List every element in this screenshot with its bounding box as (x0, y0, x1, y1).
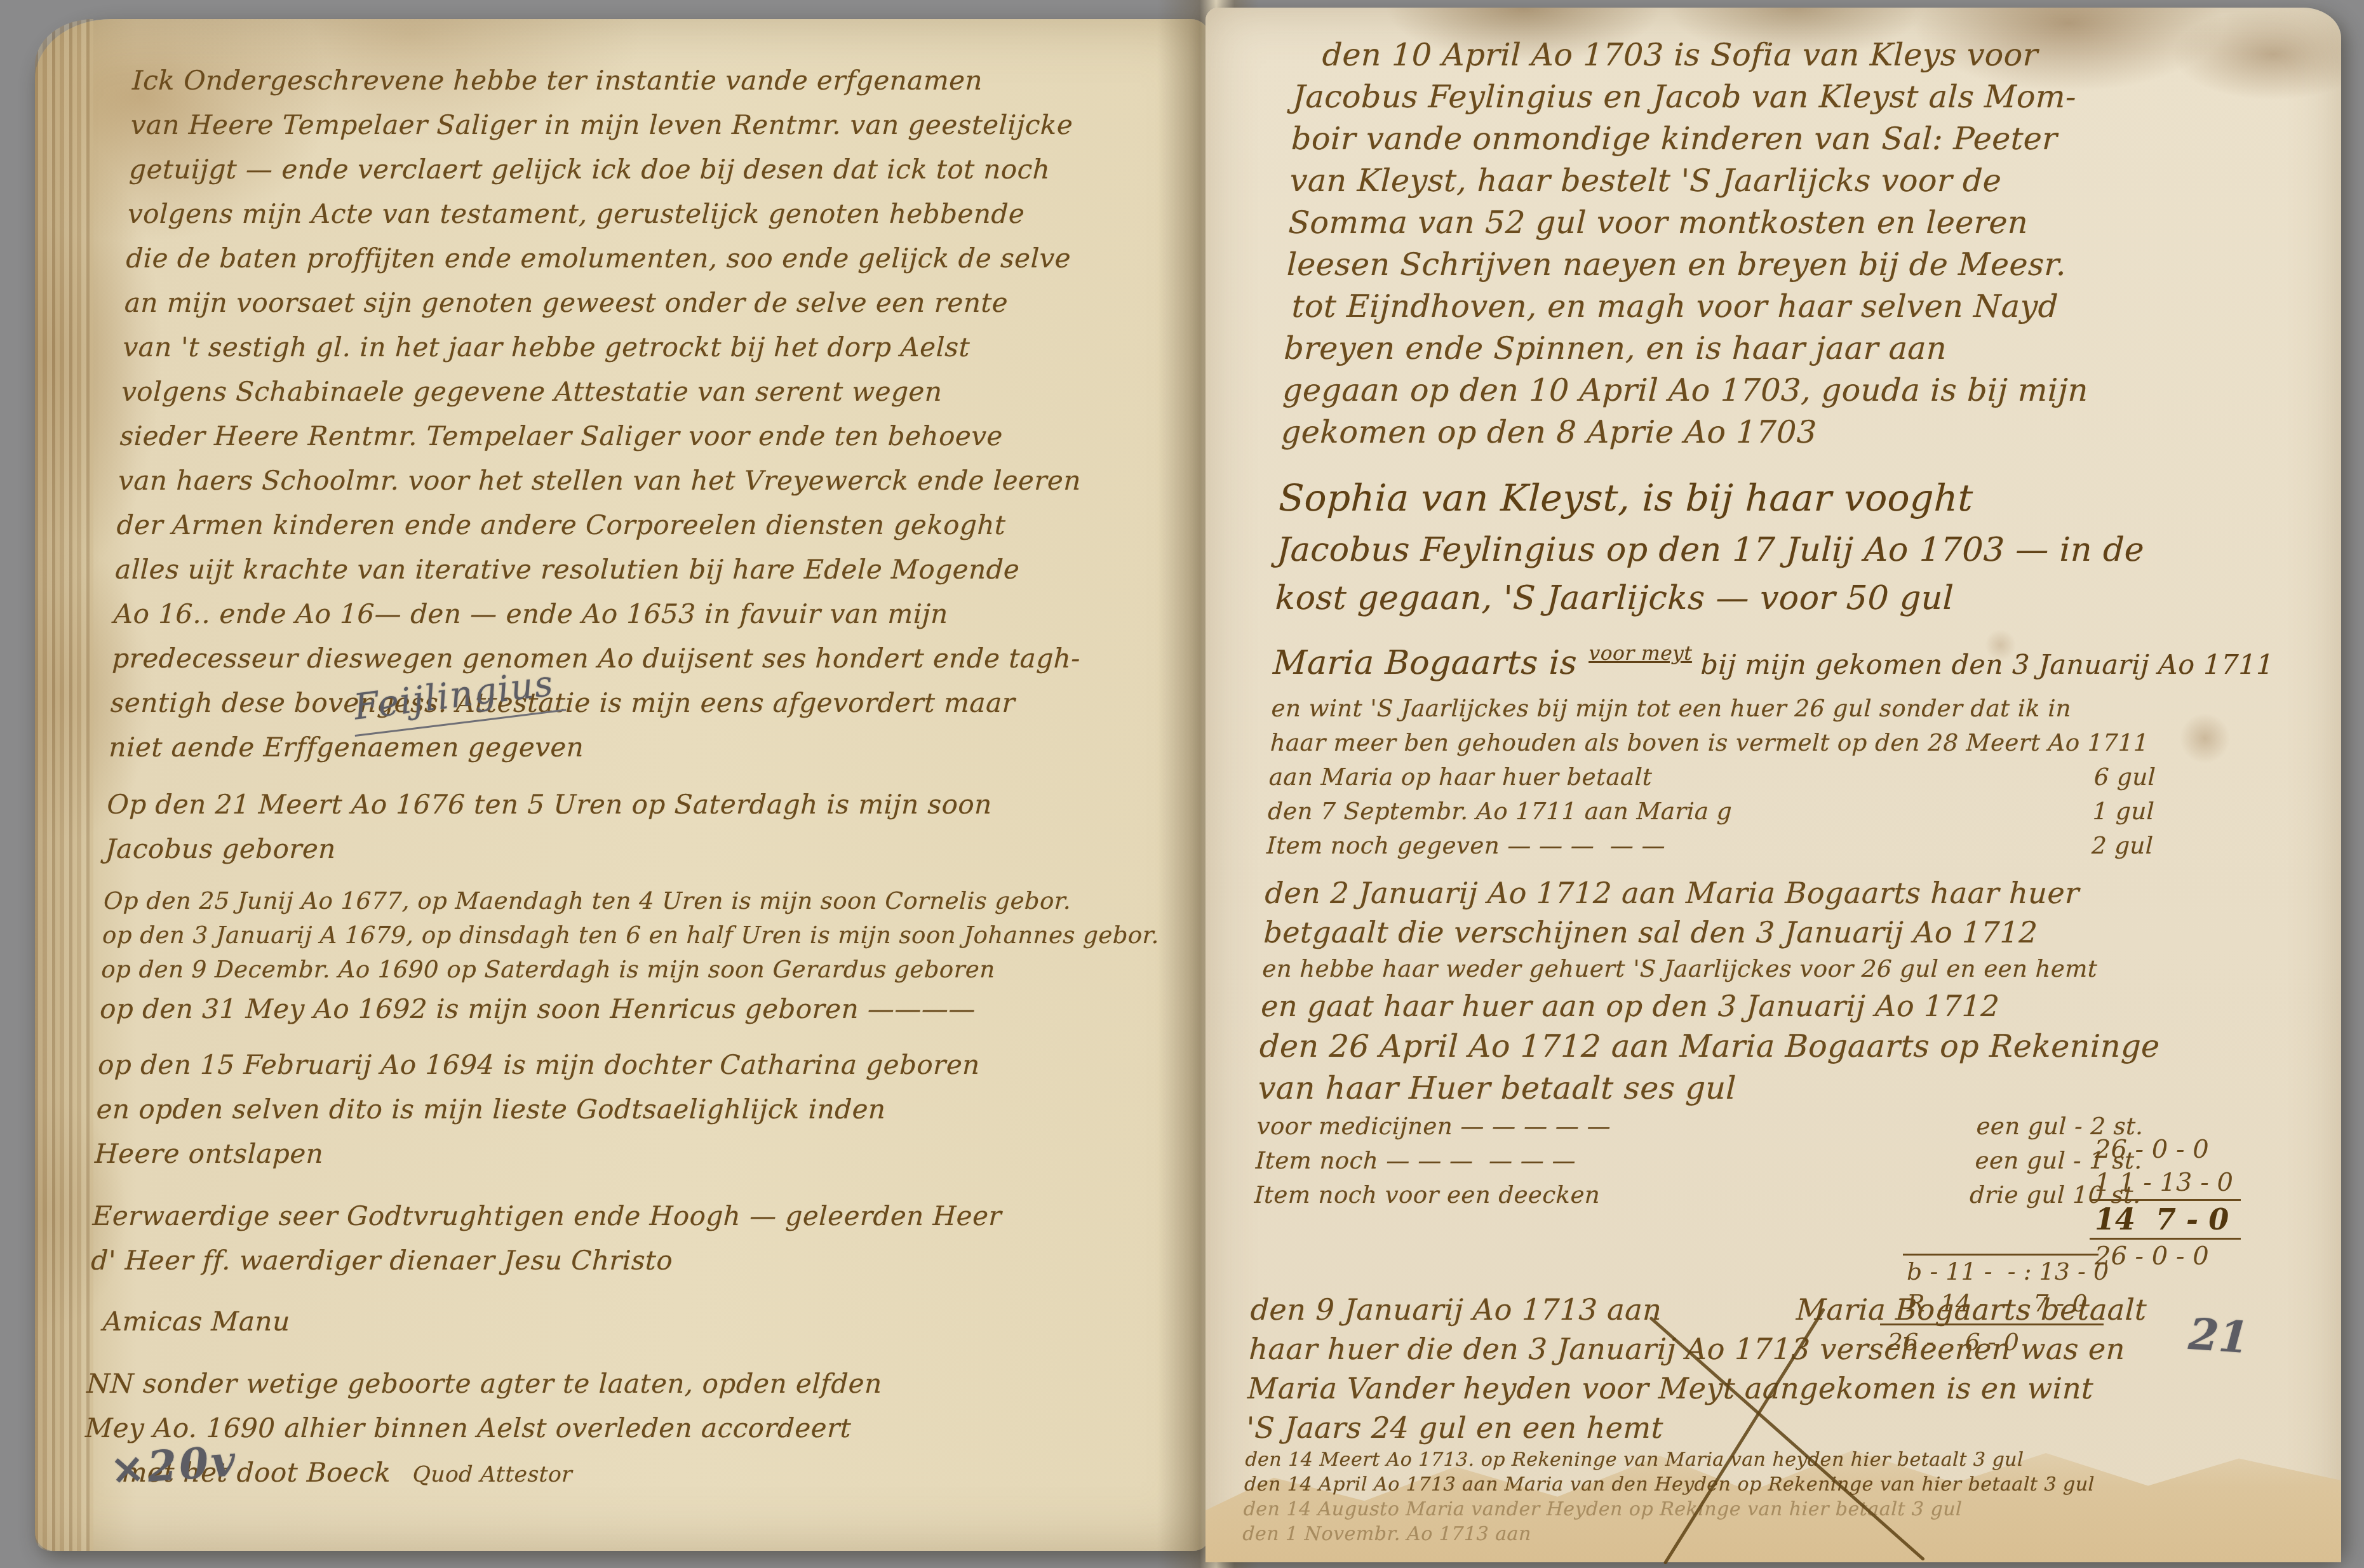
manuscript-line: Jacobus Feylingius op den 17 Julij Ao 17… (1276, 526, 2309, 574)
line-amount: 2 gul (2091, 829, 2154, 863)
manuscript-line: Jacobus Feylingius en Jacob van Kleyst a… (1292, 76, 2325, 118)
line-text: gegaan op den 10 April Ao 1703, gouda is… (1282, 370, 2089, 412)
crossed-out-total: 26 - 6 - 0 (1880, 1323, 2104, 1358)
line-text: den 14 Meert Ao 1713. op Rekeninge van M… (1245, 1447, 2024, 1472)
pencil-note-folio-20v: ×20v (109, 1436, 239, 1494)
manuscript-line: Amicas Manu (88, 1299, 1154, 1344)
manuscript-line: Mey Ao. 1690 alhier binnen Aelst overled… (84, 1406, 1150, 1451)
line-text: 'S Jaars 24 gul en een hemt (1246, 1408, 1664, 1447)
line-text: Sophia van Kleyst, is bij haar vooght (1278, 470, 1974, 526)
line-text: van haers Schoolmr. voor het stellen van… (118, 459, 1082, 503)
manuscript-line: Jacobus geboren (105, 827, 1171, 871)
line-text: Somma van 52 gul voor montkosten en leer… (1287, 202, 2029, 244)
manuscript-line: op den 3 Januarij A 1679, op dinsdagh te… (102, 918, 1167, 953)
account-sum-mid-column: b - 11 - - : 13 - 0R 14 - - 7 - 0 (1903, 1254, 2099, 1319)
manuscript-line: van 't sestigh gl. in het jaar hebbe get… (122, 325, 1188, 370)
line-text: Maria Vander heyden voor Meyt aangekomen… (1247, 1369, 2094, 1408)
line-text: den 2 Januarij Ao 1712 aan Maria Bogaart… (1265, 873, 2080, 913)
manuscript-line: op den 31 Mey Ao 1692 is mijn soon Henri… (99, 987, 1165, 1031)
line-text: van Heere Tempelaer Saliger in mijn leve… (130, 103, 1074, 147)
manuscript-line: aan Maria op haar huer betaalt 6 gul (1268, 760, 2301, 794)
line-amount: 6 gul (2093, 760, 2156, 794)
account-sum-right-column: 26 - 0 - 01 1 - 13 - 014 7 - 026 - 0 - 0 (2090, 1133, 2241, 1273)
line-text: den 7 Septembr. Ao 1711 aan Maria g (1267, 794, 1733, 829)
manuscript-line: en hebbe haar weder gehuert 'S Jaarlijck… (1261, 952, 2294, 986)
manuscript-line: den 1 Novembr. Ao 1713 aan (1242, 1522, 2274, 1546)
manuscript-line: volgens Schabinaele gegevene Attestatie … (121, 370, 1186, 414)
line-text: op den 15 Februarij Ao 1694 is mijn doch… (97, 1043, 981, 1087)
manuscript-line: gegaan op den 10 April Ao 1703, gouda is… (1282, 370, 2314, 412)
left-page: Ick Ondergeschrevene hebbe ter instantie… (35, 19, 1210, 1551)
manuscript-line: en gaat haar huer aan op den 3 Januarij … (1260, 986, 2293, 1026)
line-text-continued: Quod Attestor (390, 1452, 573, 1497)
manuscript-line: getuijgt — ende verclaert gelijck ick do… (128, 147, 1194, 192)
manuscript-line: den 14 Augusto Maria vander Heyden op Re… (1243, 1497, 2275, 1522)
interline-note: voor meyt (1588, 629, 1693, 678)
line-text: Eerwaerdige seer Godtvrughtigen ende Hoo… (92, 1194, 1003, 1238)
manuscript-line: sieder Heere Rentmr. Tempelaer Saliger v… (119, 414, 1185, 459)
line-text: breyen ende Spinnen, en is haar jaar aan (1283, 328, 1947, 370)
line-text: en hebbe haar weder gehuert 'S Jaarlijck… (1261, 952, 2098, 986)
line-text: op den 3 Januarij A 1679, op dinsdagh te… (102, 918, 1160, 953)
manuscript-line: op den 15 Februarij Ao 1694 is mijn doch… (97, 1043, 1163, 1087)
sum-row: 26 - 0 - 0 (2090, 1133, 2241, 1166)
line-text: aan Maria op haar huer betaalt (1268, 760, 1653, 794)
sum-row: 26 - 0 - 0 (2090, 1240, 2241, 1273)
line-text: Jacobus geboren (105, 827, 337, 871)
line-text: haar meer ben gehouden als boven is verm… (1270, 726, 2149, 760)
line-text: niet aende Erffgenaemen gegeven (108, 725, 584, 770)
manuscript-line: NN sonder wetige geboorte agter te laate… (86, 1362, 1152, 1406)
manuscript-line: Op den 25 Junij Ao 1677, op Maendagh ten… (103, 884, 1169, 918)
manuscript-line: breyen ende Spinnen, en is haar jaar aan (1283, 328, 2316, 370)
manuscript-line: den 26 April Ao 1712 aan Maria Bogaarts … (1259, 1026, 2292, 1068)
line-text: betgaalt die verschijnen sal den 3 Janua… (1263, 913, 2038, 952)
line-text: volgens Schabinaele gegevene Attestatie … (121, 370, 943, 414)
line-text: Op den 21 Meert Ao 1676 ten 5 Uren op Sa… (106, 782, 993, 827)
manuscript-line: den 9 Januarij Ao 1713 aan Maria Bogaart… (1250, 1290, 2283, 1329)
manuscript-line: tot Eijndhoven, en magh voor haar selven… (1285, 286, 2318, 328)
line-text: Amicas Manu (102, 1299, 291, 1344)
right-page: den 10 April Ao 1703 is Sofia van Kleys … (1206, 8, 2341, 1562)
line-text: leesen Schrijven naeyen en breyen bij de… (1286, 244, 2067, 286)
manuscript-line: Sophia van Kleyst, is bij haar vooght (1278, 470, 2311, 526)
manuscript-line: haar huer die den 3 Januarij Ao 1713 ver… (1248, 1329, 2281, 1369)
sum-row: R 14 - - 7 - 0 (1903, 1287, 2099, 1319)
manuscript-line: Ick Ondergeschrevene hebbe ter instantie… (131, 58, 1197, 103)
line-text: Item noch gegeven — — — — — (1266, 829, 1666, 863)
manuscript-line: predecesseur dieswegen genomen Ao duijse… (111, 636, 1177, 681)
line-text: Ao 16.. ende Ao 16— den — ende Ao 1653 i… (113, 592, 949, 636)
manuscript-line: en wint 'S Jaarlijckes bij mijn tot een … (1271, 692, 2304, 726)
manuscript-line: d' Heer ff. waerdiger dienaer Jesu Chris… (90, 1238, 1156, 1283)
line-text: die de baten proffijten ende emolumenten… (125, 236, 1071, 281)
right-page-lines: den 10 April Ao 1703 is Sofia van Kleys … (1179, 8, 2364, 1546)
line-text: en opden selven dito is mijn lieste Godt… (95, 1087, 886, 1132)
line-text: Item noch voor een deecken (1254, 1178, 1601, 1212)
line-text: gekomen op den 8 Aprie Ao 1703 (1280, 412, 1818, 453)
manuscript-line: met het doot Boeck Quod Attestor (83, 1451, 1149, 1497)
line-text: alles uijt krachte van iterative resolut… (114, 547, 1021, 592)
line-text: Heere ontslapen (94, 1132, 325, 1176)
manuscript-line: den 2 Januarij Ao 1712 aan Maria Bogaart… (1265, 873, 2297, 913)
sum-row: 1 1 - 13 - 0 (2090, 1166, 2241, 1199)
manuscript-line: Somma van 52 gul voor montkosten en leer… (1287, 202, 2320, 244)
manuscript-line: an mijn voorsaet sijn genoten geweest on… (124, 281, 1190, 325)
manuscript-line: Item noch gegeven — — — — — 2 gul (1266, 829, 2299, 863)
line-text: getuijgt — ende verclaert gelijck ick do… (128, 147, 1051, 192)
line-text: Ick Ondergeschrevene hebbe ter instantie… (131, 58, 983, 103)
line-text: van haar Huer betaalt ses gul (1258, 1068, 1737, 1109)
manuscript-line: den 14 April Ao 1713 aan Maria van den H… (1244, 1472, 2276, 1497)
manuscript-line: Eerwaerdige seer Godtvrughtigen ende Hoo… (92, 1194, 1158, 1238)
line-text: sieder Heere Rentmr. Tempelaer Saliger v… (119, 414, 1004, 459)
pencil-note-folio-21: 21 (2187, 1309, 2250, 1364)
line-text: predecesseur dieswegen genomen Ao duijse… (111, 636, 1081, 681)
line-text: den 14 April Ao 1713 aan Maria van den H… (1244, 1472, 2095, 1497)
manuscript-line: op den 9 Decembr. Ao 1690 op Saterdagh i… (100, 953, 1166, 987)
manuscript-line: en opden selven dito is mijn lieste Godt… (95, 1087, 1161, 1132)
line-text: d' Heer ff. waerdiger dienaer Jesu Chris… (90, 1238, 673, 1283)
line-text: van Kleyst, haar bestelt 'S Jaarlijcks v… (1289, 160, 2003, 202)
left-page-lines: Ick Ondergeschrevene hebbe ter instantie… (9, 19, 1235, 1497)
manuscript-line: volgens mijn Acte van testament, geruste… (127, 192, 1193, 236)
manuscript-line: den 7 Septembr. Ao 1711 aan Maria g 1 gu… (1267, 794, 2300, 829)
line-amount: 1 gul (2092, 794, 2155, 829)
line-text: tot Eijndhoven, en magh voor haar selven… (1291, 286, 2059, 328)
line-text: den 10 April Ao 1703 is Sofia van Kleys … (1322, 34, 2039, 76)
manuscript-line: gekomen op den 8 Aprie Ao 1703 (1280, 412, 2313, 453)
manuscript-line: haar meer ben gehouden als boven is verm… (1270, 726, 2302, 760)
manuscript-scan: Ick Ondergeschrevene hebbe ter instantie… (0, 0, 2364, 1568)
line-text: Jacobus Feylingius op den 17 Julij Ao 17… (1276, 526, 2145, 574)
manuscript-line: die de baten proffijten ende emolumenten… (125, 236, 1191, 281)
line-text: Item noch — — — — — — (1255, 1144, 1576, 1178)
manuscript-line: van haar Huer betaalt ses gul (1258, 1068, 2290, 1109)
line-text: Maria Bogaarts is (1272, 639, 1578, 687)
manuscript-line: alles uijt krachte van iterative resolut… (114, 547, 1180, 592)
manuscript-line: van Heere Tempelaer Saliger in mijn leve… (130, 103, 1196, 147)
manuscript-line: kost gegaan, 'S Jaarlijcks — voor 50 gul (1275, 574, 2308, 622)
line-text: en gaat haar huer aan op den 3 Januarij … (1260, 986, 2000, 1026)
line-text: en wint 'S Jaarlijckes bij mijn tot een … (1271, 692, 2072, 726)
manuscript-line: der Armen kinderen ende andere Corporeel… (116, 503, 1182, 547)
sum-row: 14 7 - 0 (2090, 1199, 2241, 1240)
line-text: op den 31 Mey Ao 1692 is mijn soon Henri… (99, 987, 976, 1031)
manuscript-line: van haers Schoolmr. voor het stellen van… (118, 459, 1183, 503)
line-text: volgens mijn Acte van testament, geruste… (127, 192, 1026, 236)
line-text: den 1 Novembr. Ao 1713 aan (1242, 1522, 1532, 1546)
manuscript-line: boir vande onmondige kinderen van Sal: P… (1291, 118, 2323, 160)
manuscript-line: Op den 21 Meert Ao 1676 ten 5 Uren op Sa… (106, 782, 1172, 827)
line-text: op den 9 Decembr. Ao 1690 op Saterdagh i… (100, 953, 995, 987)
manuscript-line: Ao 16.. ende Ao 16— den — ende Ao 1653 i… (113, 592, 1179, 636)
manuscript-line: van Kleyst, haar bestelt 'S Jaarlijcks v… (1289, 160, 2322, 202)
line-text: van 't sestigh gl. in het jaar hebbe get… (122, 325, 970, 370)
line-text: boir vande onmondige kinderen van Sal: P… (1291, 118, 2058, 160)
sum-row: b - 11 - - : 13 - 0 (1903, 1254, 2099, 1287)
manuscript-line: den 10 April Ao 1703 is Sofia van Kleys … (1294, 34, 2327, 76)
manuscript-line: leesen Schrijven naeyen en breyen bij de… (1286, 244, 2319, 286)
line-text: voor medicijnen — — — — — (1256, 1109, 1611, 1144)
manuscript-line: betgaalt die verschijnen sal den 3 Janua… (1263, 913, 2295, 952)
line-text-continued: bij mijn gekomen den 3 Januarij Ao 1711 (1700, 641, 2274, 689)
manuscript-line: sentigh dese bovengess. Attestatie is mi… (110, 681, 1176, 725)
line-text: NN sonder wetige geboorte agter te laate… (86, 1362, 883, 1406)
line-text: den 26 April Ao 1712 aan Maria Bogaarts … (1259, 1026, 2161, 1068)
line-text: an mijn voorsaet sijn genoten geweest on… (124, 281, 1009, 325)
manuscript-line: Maria Bogaarts is voor meyt bij mijn gek… (1272, 639, 2306, 692)
manuscript-line: Heere ontslapen (94, 1132, 1160, 1176)
manuscript-line: niet aende Erffgenaemen gegeven (108, 725, 1174, 770)
line-text: Jacobus Feylingius en Jacob van Kleyst a… (1292, 76, 2077, 118)
line-text: kost gegaan, 'S Jaarlijcks — voor 50 gul (1275, 574, 1955, 622)
line-text: der Armen kinderen ende andere Corporeel… (116, 503, 1007, 547)
manuscript-line: den 14 Meert Ao 1713. op Rekeninge van M… (1245, 1447, 2277, 1472)
line-text: Op den 25 Junij Ao 1677, op Maendagh ten… (103, 884, 1071, 918)
